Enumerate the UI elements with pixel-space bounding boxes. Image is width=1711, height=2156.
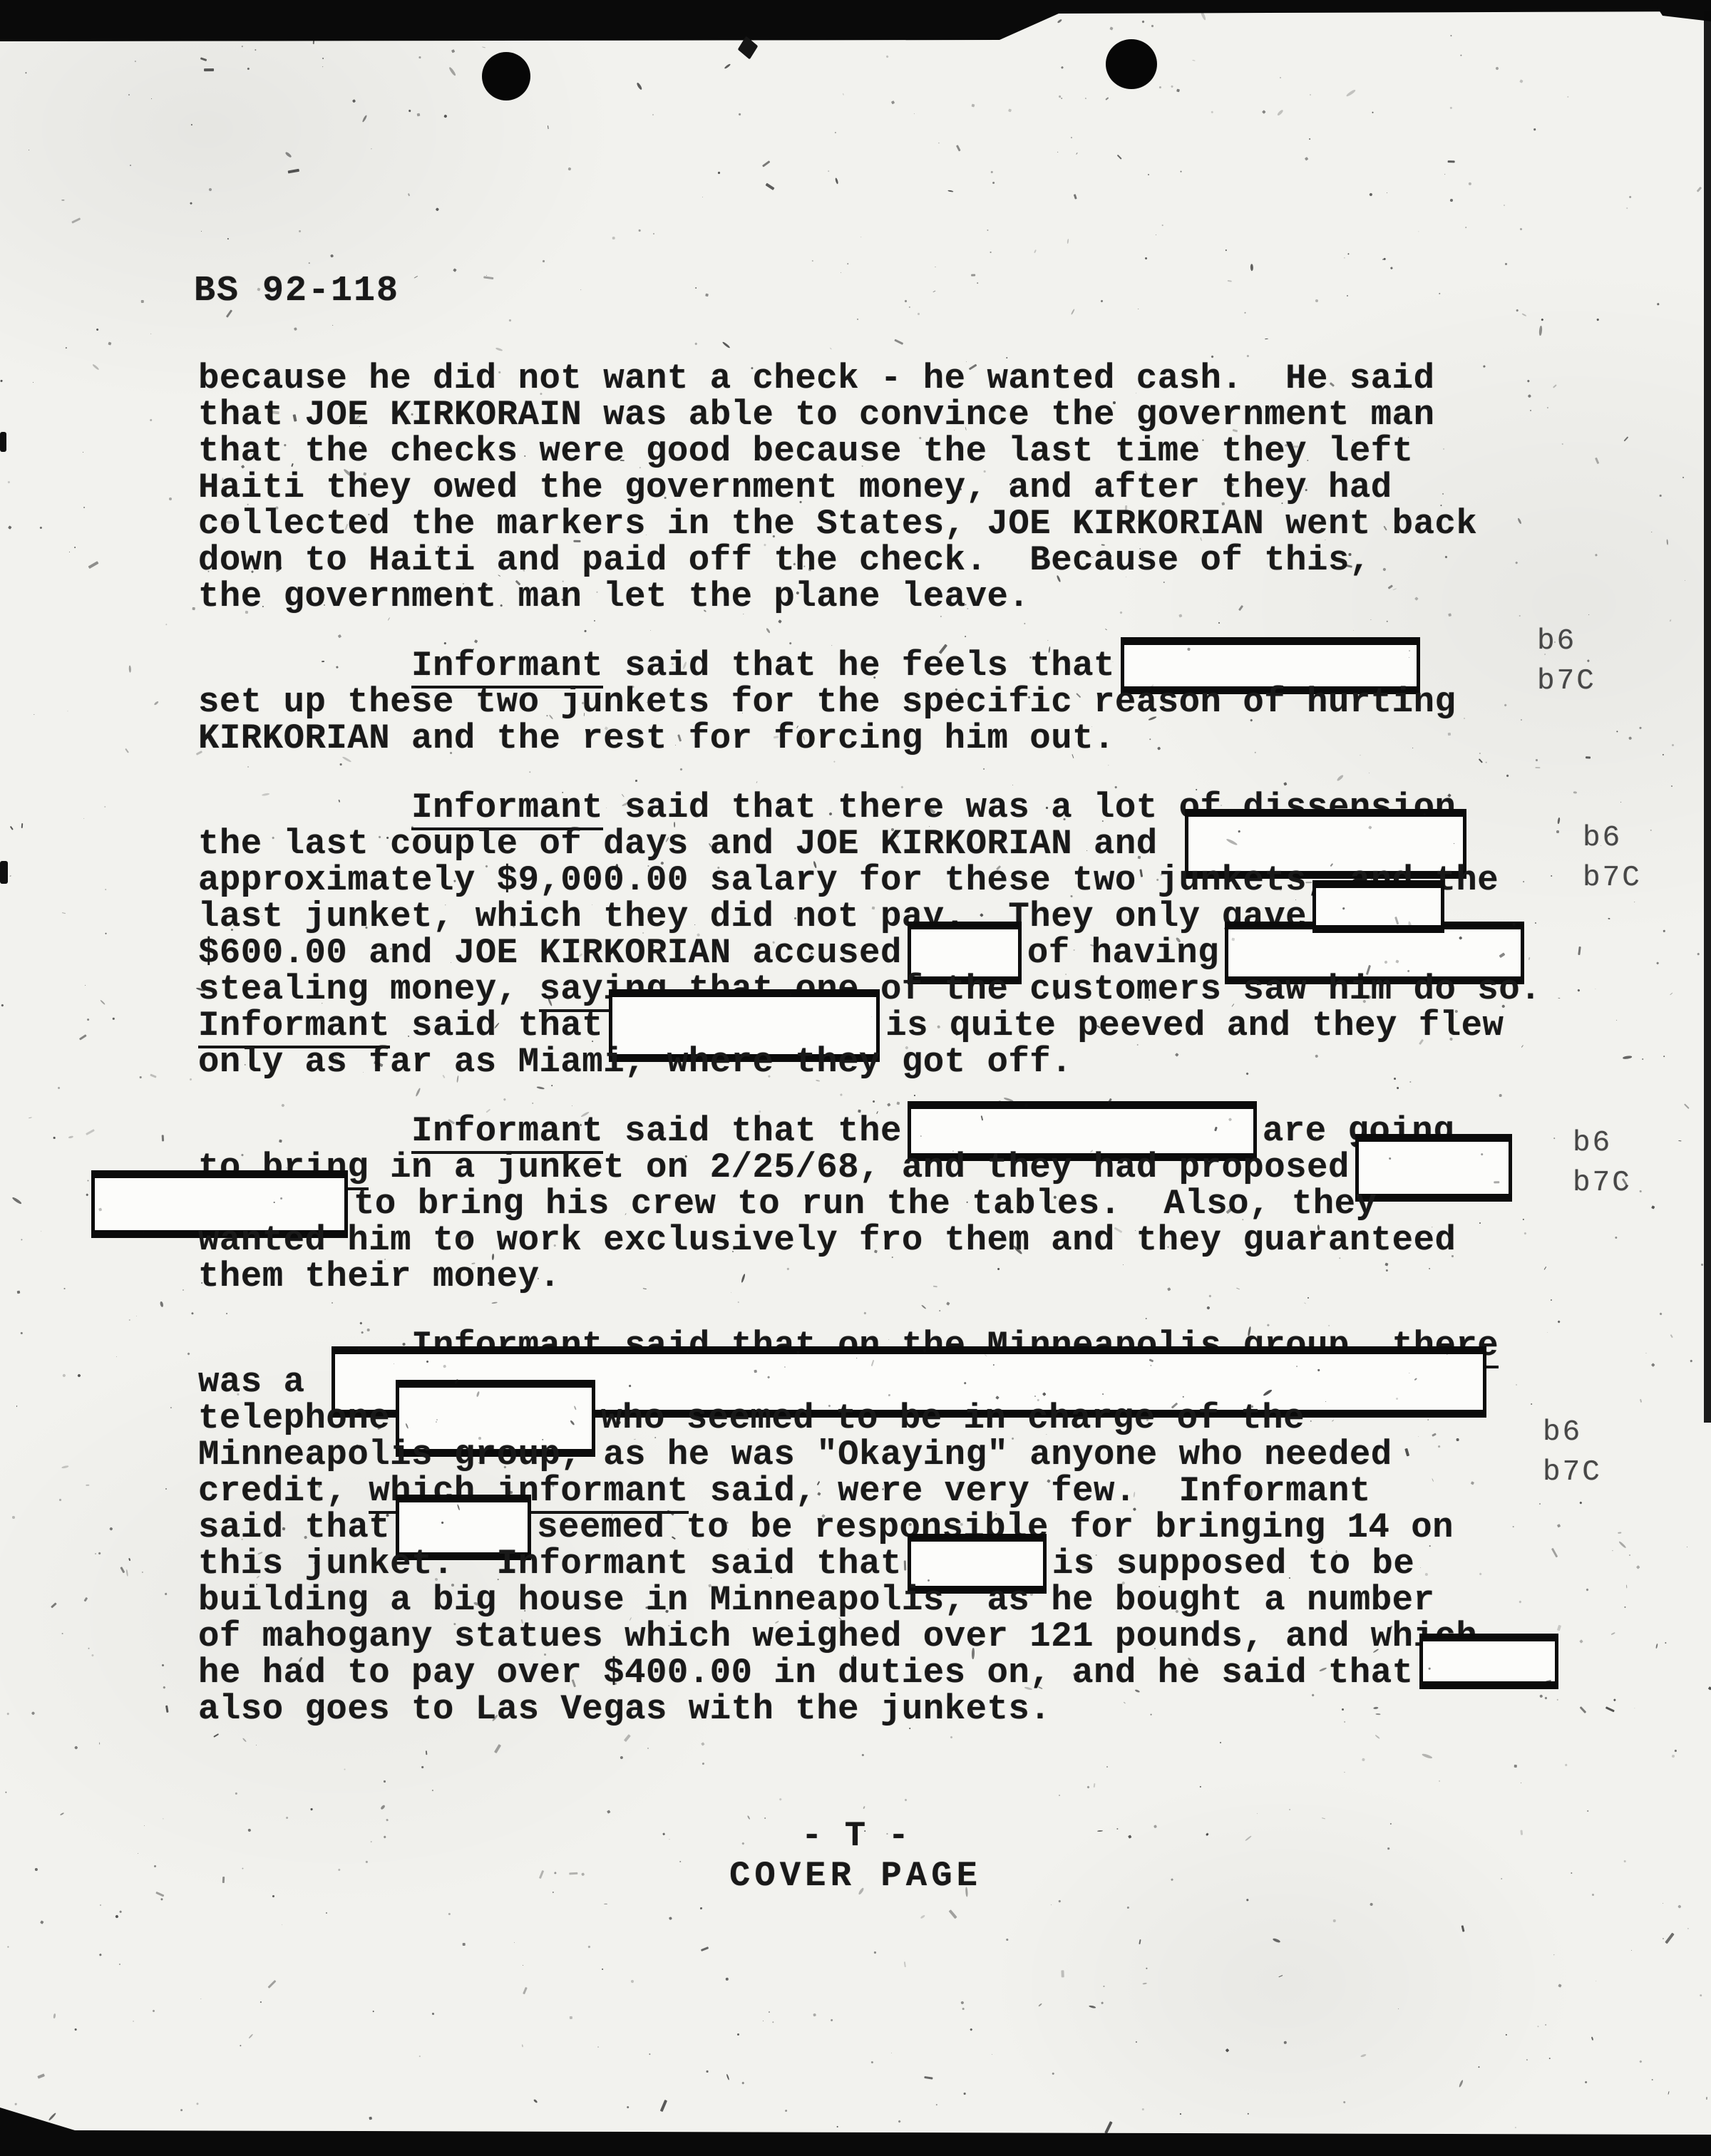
redaction-box xyxy=(1419,1634,1558,1689)
text-segment: one of the customers saw him do so. xyxy=(774,969,1541,1009)
scan-left-mark xyxy=(0,861,8,884)
redaction-box xyxy=(1312,880,1444,933)
text-segment: only as far as Miami, where they got off… xyxy=(198,1042,1072,1082)
paragraph: Informant said that on the Minneapolis g… xyxy=(198,1328,1610,1728)
text-segment xyxy=(198,646,411,686)
scan-top-right-edge xyxy=(1653,0,1711,21)
text-segment: Haiti they owed the government money, an… xyxy=(198,468,1392,507)
text-segment: also goes to Las Vegas with the junkets. xyxy=(198,1689,1051,1729)
text-line: said thatseemed to be responsible for br… xyxy=(198,1510,1610,1546)
text-line: he had to pay over $400.00 in duties on,… xyxy=(198,1655,1610,1691)
margin-exemption-codes: b6 b7C xyxy=(1573,1123,1632,1203)
paragraph: Informant said that theare goingto bring… xyxy=(198,1113,1610,1295)
text-segment xyxy=(198,788,411,827)
exemption-code-b7c: b7C xyxy=(1583,858,1642,898)
text-segment: said that xyxy=(390,1006,603,1046)
text-segment: of having xyxy=(1027,933,1219,973)
text-segment: set up these two junkets for the specifi… xyxy=(198,682,1456,722)
text-segment: approximately $9,000.00 salary for these… xyxy=(198,860,1499,900)
punch-hole xyxy=(482,52,530,100)
text-line: the government man let the plane leave. xyxy=(198,579,1610,615)
exemption-code-b6: b6 xyxy=(1543,1413,1602,1453)
margin-exemption-codes: b6 b7C xyxy=(1583,818,1642,898)
text-line: Minneapolis group, as he was "Okaying" a… xyxy=(198,1437,1610,1473)
text-line: set up these two junkets for the specifi… xyxy=(198,684,1610,721)
scan-left-mark xyxy=(0,432,6,452)
exemption-code-b7c: b7C xyxy=(1573,1163,1632,1203)
text-segment: said that he feels that xyxy=(603,646,1115,686)
text-segment: is quite peeved and they flew xyxy=(885,1006,1504,1046)
text-line: this junket. Informant said thatis suppo… xyxy=(198,1546,1610,1582)
text-segment: the government man let the plane leave. xyxy=(198,577,1029,617)
text-line: Informant said thatis quite peeved and t… xyxy=(198,1008,1610,1044)
margin-exemption-codes: b6 b7C xyxy=(1543,1413,1602,1492)
text-segment: them their money. xyxy=(198,1257,560,1296)
text-segment: stealing money, xyxy=(198,969,539,1009)
text-segment: to bring his crew to run the tables. Als… xyxy=(354,1184,1377,1224)
text-line: them their money. xyxy=(198,1259,1610,1295)
text-segment: is supposed to be xyxy=(1052,1544,1414,1584)
exemption-code-b6: b6 xyxy=(1537,621,1596,661)
text-line: Informant said that he feels that xyxy=(198,648,1610,684)
text-segment: telephone xyxy=(198,1398,390,1438)
text-line: also goes to Las Vegas with the junkets. xyxy=(198,1691,1610,1728)
text-segment: of mahogany statues which weighed over 1… xyxy=(198,1616,1477,1656)
document-body: because he did not want a check - he wan… xyxy=(198,361,1610,1760)
text-segment: this junket. Informant said that xyxy=(198,1544,902,1584)
exemption-code-b6: b6 xyxy=(1583,818,1642,858)
document-page: BS 92-118 because he did not want a chec… xyxy=(0,0,1711,2156)
redaction-box xyxy=(1355,1134,1512,1202)
page-marker: - T - xyxy=(0,1816,1711,1856)
scan-bottom-edge xyxy=(0,2099,1711,2156)
text-line: down to Haiti and paid off the check. Be… xyxy=(198,542,1610,579)
text-line: the last couple of days and JOE KIRKORIA… xyxy=(198,826,1610,862)
punch-hole xyxy=(1106,39,1157,89)
text-line: only as far as Miami, where they got off… xyxy=(198,1044,1610,1080)
text-line: of mahogany statues which weighed over 1… xyxy=(198,1619,1610,1655)
text-segment: KIRKORIAN and the rest for forcing him o… xyxy=(198,718,1115,758)
case-number: BS 92-118 xyxy=(194,271,399,311)
text-line: stealing money, saying that one of the c… xyxy=(198,971,1610,1008)
cover-page-label: COVER PAGE xyxy=(0,1856,1711,1896)
text-segment: building a big house in Minneapolis, as … xyxy=(198,1580,1434,1620)
paragraph: Informant said that he feels thatset up … xyxy=(198,648,1610,757)
text-line: Haiti they owed the government money, an… xyxy=(198,470,1610,506)
text-segment: credit, xyxy=(198,1471,369,1511)
text-line: wanted him to work exclusively fro them … xyxy=(198,1222,1610,1259)
exemption-code-b7c: b7C xyxy=(1543,1453,1602,1492)
text-line: KIRKORIAN and the rest for forcing him o… xyxy=(198,721,1610,757)
text-segment: last junket, which they did not pay. The… xyxy=(198,897,1307,937)
text-segment: collected the markers in the States, JOE… xyxy=(198,504,1477,544)
scan-top-edge xyxy=(0,0,1711,41)
text-line: last junket, which they did not pay. The… xyxy=(198,899,1610,935)
exemption-code-b7c: b7C xyxy=(1537,661,1596,701)
text-segment: the last couple of days and JOE KIRKORIA… xyxy=(198,824,1179,864)
text-line: that the checks were good because the la… xyxy=(198,433,1610,470)
text-segment: because he did not want a check - he wan… xyxy=(198,359,1434,398)
text-line: building a big house in Minneapolis, as … xyxy=(198,1582,1610,1619)
text-segment: that the checks were good because the la… xyxy=(198,431,1414,471)
text-segment: that JOE KIRKORAIN was able to convince … xyxy=(198,395,1434,435)
text-segment: said that the xyxy=(603,1111,902,1151)
text-line: to bring in a junket on 2/25/68, and the… xyxy=(198,1150,1610,1186)
scan-right-edge xyxy=(1704,11,1711,1423)
text-segment: wanted him to work exclusively fro them … xyxy=(198,1220,1456,1260)
text-segment: who seemed to be in charge of the xyxy=(601,1398,1305,1438)
text-segment: he had to pay over $400.00 in duties on,… xyxy=(198,1653,1414,1693)
text-segment: said, were very few. Informant xyxy=(689,1471,1371,1511)
text-line: $600.00 and JOE KIRKORIAN accusedof havi… xyxy=(198,935,1610,971)
text-segment xyxy=(198,1111,411,1151)
paragraph: because he did not want a check - he wan… xyxy=(198,361,1610,615)
text-segment: Minneapolis group, as he was "Okaying" a… xyxy=(198,1435,1392,1475)
text-line: that JOE KIRKORAIN was able to convince … xyxy=(198,397,1610,433)
text-segment: in a junket on 2/25/68, and they had pro… xyxy=(369,1147,1350,1187)
text-segment: was a xyxy=(198,1362,326,1402)
page-footer: - T - COVER PAGE xyxy=(0,1816,1711,1896)
text-segment: $600.00 and JOE KIRKORIAN accused xyxy=(198,933,902,973)
margin-exemption-codes: b6 b7C xyxy=(1537,621,1596,701)
text-line: collected the markers in the States, JOE… xyxy=(198,506,1610,542)
exemption-code-b6: b6 xyxy=(1573,1123,1632,1163)
text-line: because he did not want a check - he wan… xyxy=(198,361,1610,397)
paragraph: Informant said that there was a lot of d… xyxy=(198,790,1610,1080)
text-segment: down to Haiti and paid off the check. Be… xyxy=(198,540,1371,580)
text-segment: said that xyxy=(198,1507,390,1547)
